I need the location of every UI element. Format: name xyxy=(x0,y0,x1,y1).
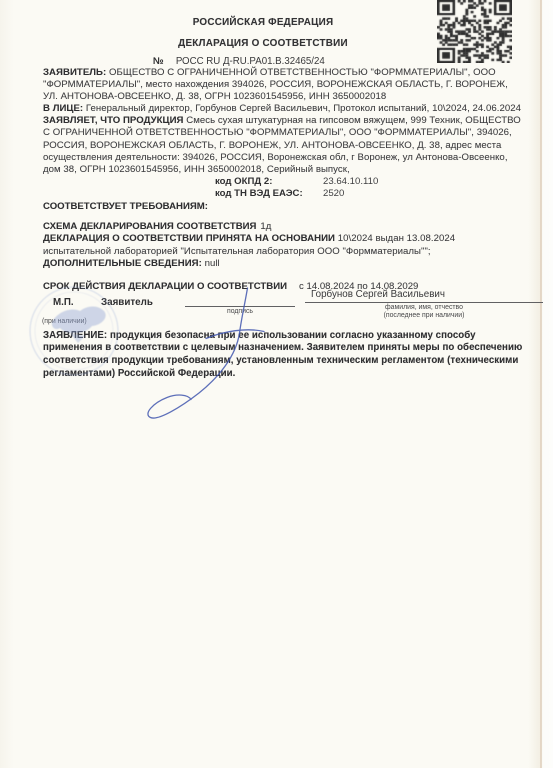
scheme-line: СХЕМА ДЕКЛАРИРОВАНИЯ СООТВЕТСТВИЯ1д xyxy=(43,221,525,233)
signatory-name: Горбунов Сергей Васильевич xyxy=(305,289,551,300)
person-label: В ЛИЦЕ: xyxy=(43,103,83,114)
declaration-document: РОССИЙСКАЯ ФЕДЕРАЦИЯ ДЕКЛАРАЦИЯ О СООТВЕ… xyxy=(0,0,553,768)
statement-paragraph: ЗАЯВЛЕНИЕ: продукция безопасна при ее ис… xyxy=(43,330,525,381)
name-captions: фамилия, имя, отчество (последнее при на… xyxy=(305,304,543,320)
scheme-label: СХЕМА ДЕКЛАРИРОВАНИЯ СООТВЕТСТВИЯ xyxy=(43,221,256,232)
applicant-paragraph: ЗАЯВИТЕЛЬ: ОБЩЕСТВО С ОГРАНИЧЕННОЙ ОТВЕТ… xyxy=(43,67,525,115)
document-content: РОССИЙСКАЯ ФЕДЕРАЦИЯ ДЕКЛАРАЦИЯ О СООТВЕ… xyxy=(43,0,525,380)
basis-label: ДЕКЛАРАЦИЯ О СООТВЕТСТВИИ ПРИНЯТА НА ОСН… xyxy=(43,233,335,244)
tnved-label: код ТН ВЭД ЕАЭС: xyxy=(215,188,323,200)
requirements-heading: СООТВЕТСТВУЕТ ТРЕБОВАНИЯМ: xyxy=(43,201,525,213)
signature-block: М.П. (при наличии) Заявитель подпись Гор… xyxy=(43,294,525,330)
validity-label: СРОК ДЕЙСТВИЯ ДЕКЛАРАЦИИ О СООТВЕТСТВИИ xyxy=(43,281,287,292)
doc-title: ДЕКЛАРАЦИЯ О СООТВЕТСТВИИ xyxy=(43,38,483,49)
country-title: РОССИЙСКАЯ ФЕДЕРАЦИЯ xyxy=(43,17,483,28)
product-paragraph: ЗАЯВЛЯЕТ, ЧТО ПРОДУКЦИЯ Смесь сухая штук… xyxy=(43,115,525,175)
statement-label: ЗАЯВЛЕНИЕ: xyxy=(43,330,107,341)
signature-caption: подпись xyxy=(185,308,295,315)
tnved-value: 2520 xyxy=(323,188,344,199)
statement-text: продукция безопасна при ее использовании… xyxy=(43,330,522,379)
applicant-sign-label: Заявитель xyxy=(101,297,153,308)
doc-number-value: РОСС RU Д-RU.РА01.В.32465/24 xyxy=(176,56,325,67)
additional-label: ДОПОЛНИТЕЛЬНЫЕ СВЕДЕНИЯ: xyxy=(43,258,202,269)
scan-edge-line xyxy=(540,0,542,768)
additional-value: null xyxy=(205,258,220,269)
okpd-row: код ОКПД 2:23.64.10.110 xyxy=(43,176,525,188)
name-line xyxy=(305,302,543,303)
basis-paragraph: ДЕКЛАРАЦИЯ О СООТВЕТСТВИИ ПРИНЯТА НА ОСН… xyxy=(43,233,525,269)
doc-number: №РОСС RU Д-RU.РА01.В.32465/24 xyxy=(43,56,525,67)
doc-number-label: № xyxy=(153,56,164,67)
name-caption-1: фамилия, имя, отчество xyxy=(305,304,543,312)
okpd-label: код ОКПД 2: xyxy=(215,176,323,188)
name-caption-2: (последнее при наличии) xyxy=(305,312,543,320)
mp-label: М.П. xyxy=(53,297,74,308)
applicant-text: ОБЩЕСТВО С ОГРАНИЧЕННОЙ ОТВЕТСТВЕННОСТЬЮ… xyxy=(43,67,508,102)
tnved-row: код ТН ВЭД ЕАЭС:2520 xyxy=(43,188,525,200)
signature-line xyxy=(185,306,295,307)
scheme-value: 1д xyxy=(260,221,271,232)
okpd-value: 23.64.10.110 xyxy=(323,176,378,187)
person-text: Генеральный директор, Горбунов Сергей Ва… xyxy=(86,103,521,114)
mp-note: (при наличии) xyxy=(42,318,87,325)
product-label: ЗАЯВЛЯЕТ, ЧТО ПРОДУКЦИЯ xyxy=(43,115,184,126)
applicant-label: ЗАЯВИТЕЛЬ: xyxy=(43,67,106,78)
